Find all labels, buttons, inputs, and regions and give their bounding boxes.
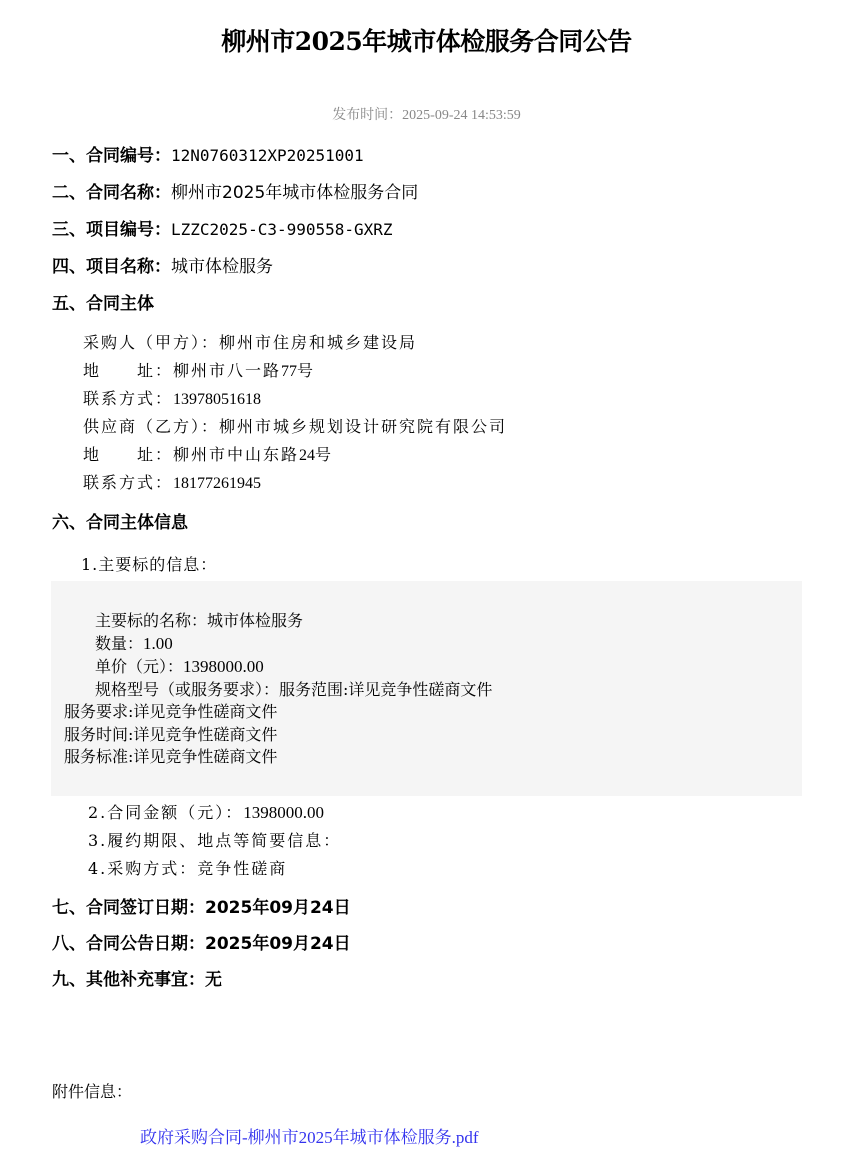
attachment-pdf-link[interactable]: 政府采购合同-柳州市2025年城市体检服务.pdf [140, 1123, 479, 1148]
info-heading-label: 六、合同主体信息 [52, 513, 188, 533]
subject-quantity: 数量：1.00 [95, 633, 173, 656]
project-name-label: 四、项目名称： [52, 257, 171, 277]
info-heading: 六、合同主体信息 [52, 512, 188, 534]
attachments-label: 附件信息： [52, 1079, 132, 1102]
buyer-value: 柳州市住房和城乡建设局 [219, 333, 417, 352]
project-number-row: 三、项目编号：LZZC2025-C3-990558-GXRZ [52, 219, 393, 241]
project-name-row: 四、项目名称：城市体检服务 [52, 256, 273, 278]
sign-date-label: 七、合同签订日期： [52, 898, 205, 918]
sign-date-value: 2025年09月24日 [205, 898, 351, 918]
supplier-label: 供应商（乙方）： [83, 417, 219, 436]
supplier-address-label: 地 址： [83, 445, 173, 464]
announce-date-row: 八、合同公告日期：2025年09月24日 [52, 933, 351, 955]
supplier-contact-value: 18177261945 [173, 475, 261, 492]
contract-amount-value: 1398000.00 [243, 803, 324, 822]
supplier-address-suffix: 号 [315, 445, 333, 464]
buyer-address-label: 地 址： [83, 361, 173, 380]
contract-number-label: 一、合同编号： [52, 146, 171, 166]
buyer-contact-value: 13978051618 [173, 391, 261, 408]
contract-name-row: 二、合同名称：柳州市2025年城市体检服务合同 [52, 182, 418, 204]
contract-name-value: 柳州市2025年城市体检服务合同 [171, 183, 418, 203]
other-matters-label: 九、其他补充事宜： [52, 970, 205, 990]
contract-number-row: 一、合同编号：12N0760312XP20251001 [52, 145, 364, 167]
announce-date-value: 2025年09月24日 [205, 934, 351, 954]
supplier-address-number: 24 [299, 447, 315, 464]
buyer-address-value: 柳州市八一路 [173, 361, 281, 380]
buyer-address-row: 地 址：柳州市八一路77号 [83, 361, 315, 382]
contract-name-label: 二、合同名称： [52, 183, 171, 203]
other-matters-value: 无 [205, 970, 222, 990]
quantity-label: 数量： [95, 634, 143, 653]
buyer-contact-row: 联系方式：13978051618 [83, 389, 261, 410]
subject-unit-price: 单价（元）：1398000.00 [95, 656, 264, 679]
page-title: 柳州市2025年城市体检服务合同公告 [0, 22, 853, 58]
subject-spec: 规格型号（或服务要求）：服务范围:详见竞争性磋商文件 [95, 679, 492, 702]
buyer-address-number: 77 [281, 363, 297, 380]
parties-heading-label: 五、合同主体 [52, 294, 154, 314]
supplier-contact-row: 联系方式：18177261945 [83, 473, 261, 494]
contract-amount-label: 2.合同金额（元）： [88, 803, 243, 822]
supplier-value: 柳州市城乡规划设计研究院有限公司 [219, 417, 507, 436]
supplier-contact-label: 联系方式： [83, 473, 173, 492]
project-name-value: 城市体检服务 [171, 257, 273, 277]
buyer-contact-label: 联系方式： [83, 389, 173, 408]
quantity-value: 1.00 [143, 634, 173, 653]
supplier-address-row: 地 址：柳州市中山东路24号 [83, 445, 333, 466]
supplier-address-value: 柳州市中山东路 [173, 445, 299, 464]
project-number-label: 三、项目编号： [52, 220, 171, 240]
subject-service-standard: 服务标准:详见竞争性磋商文件 [64, 746, 277, 769]
announce-date-label: 八、合同公告日期： [52, 934, 205, 954]
supplier-row: 供应商（乙方）：柳州市城乡规划设计研究院有限公司 [83, 417, 507, 437]
unit-price-label: 单价（元）： [95, 657, 183, 676]
contract-number-value: 12N0760312XP20251001 [171, 146, 364, 165]
subject-name: 主要标的名称：城市体检服务 [95, 610, 303, 633]
sign-date-row: 七、合同签订日期：2025年09月24日 [52, 897, 351, 919]
subject-service-requirement: 服务要求:详见竞争性磋商文件 [64, 701, 277, 724]
buyer-address-suffix: 号 [297, 361, 315, 380]
parties-heading: 五、合同主体 [52, 293, 154, 315]
procurement-method: 4.采购方式：竞争性磋商 [88, 859, 287, 879]
unit-price-value: 1398000.00 [183, 657, 264, 676]
other-matters-row: 九、其他补充事宜：无 [52, 969, 222, 991]
publish-time: 发布时间：2025-09-24 14:53:59 [0, 104, 853, 124]
main-subject-label: 1.主要标的信息： [81, 555, 217, 575]
contract-amount-row: 2.合同金额（元）：1398000.00 [88, 803, 324, 823]
subject-service-time: 服务时间:详见竞争性磋商文件 [64, 724, 277, 747]
performance-info-label: 3.履约期限、地点等简要信息： [88, 831, 341, 851]
project-number-value: LZZC2025-C3-990558-GXRZ [171, 220, 393, 239]
buyer-label: 采购人（甲方）： [83, 333, 219, 352]
buyer-row: 采购人（甲方）：柳州市住房和城乡建设局 [83, 333, 417, 353]
